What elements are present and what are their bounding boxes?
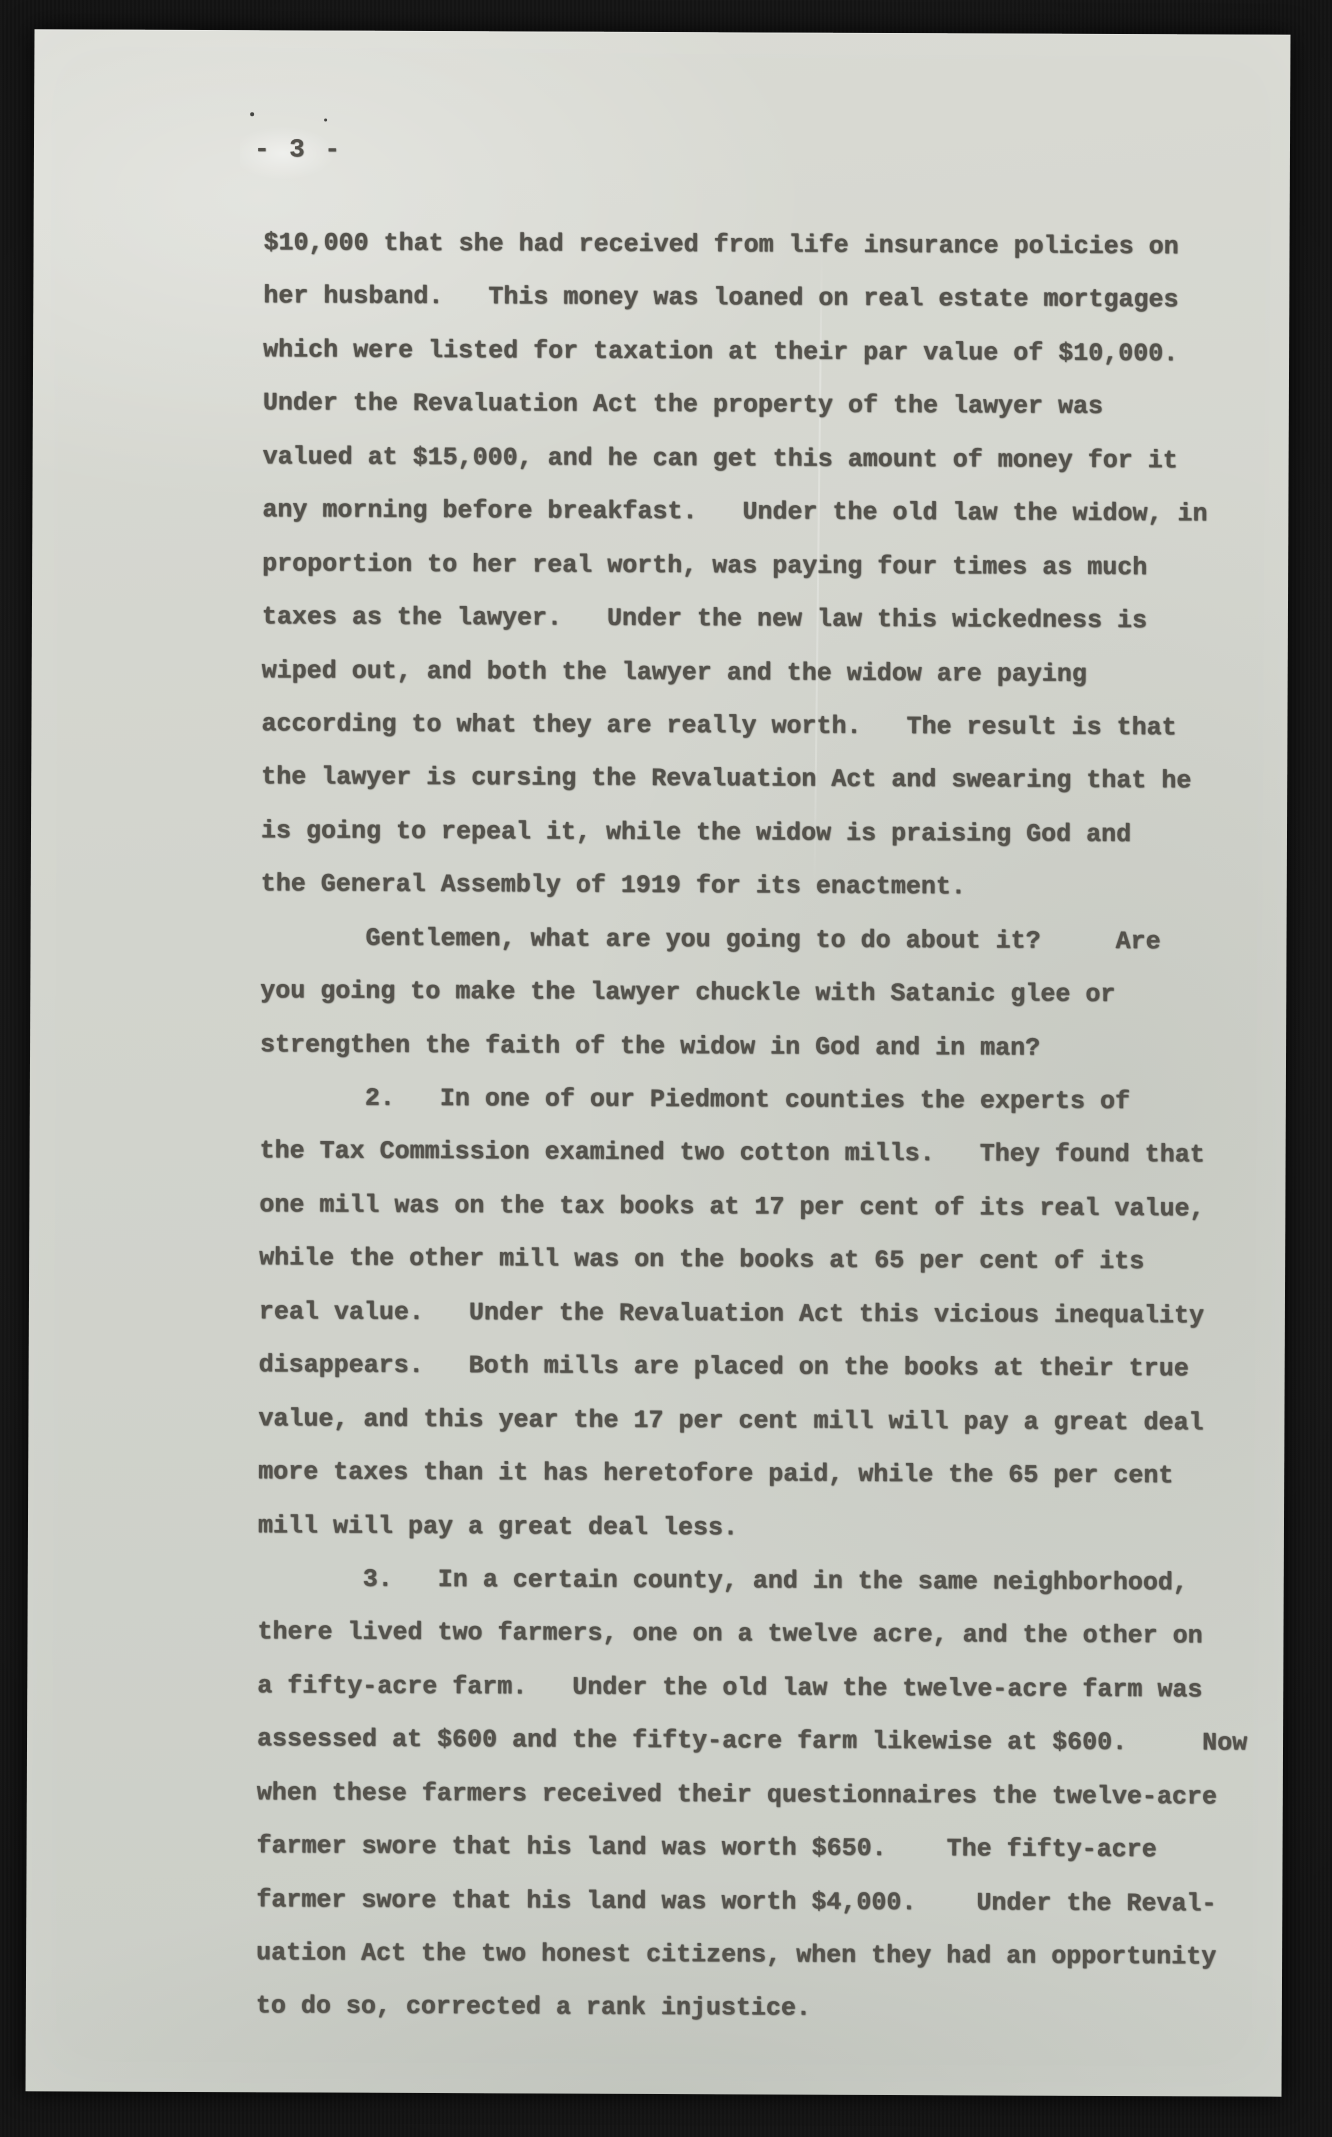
typed-line: while the other mill was on the books at…: [259, 1232, 1269, 1290]
typed-line: $10,000 that she had received from life …: [263, 216, 1273, 274]
paragraph-1: $10,000 that she had received from life …: [261, 216, 1274, 915]
typed-line: a fifty-acre farm. Under the old law the…: [257, 1659, 1267, 1717]
typed-line: mill will pay a great deal less.: [258, 1499, 1268, 1557]
paragraph-2: Gentlemen, what are you going to do abou…: [260, 911, 1271, 1076]
typed-line: Under the Revaluation Act the property o…: [263, 377, 1273, 435]
typed-line: taxes as the lawyer. Under the new law t…: [262, 590, 1272, 648]
typed-line: value, and this year the 17 per cent mil…: [258, 1392, 1268, 1450]
typed-line: real value. Under the Revaluation Act th…: [259, 1285, 1269, 1343]
typed-line: you going to make the lawyer chuckle wit…: [260, 964, 1270, 1022]
typed-line: which were listed for taxation at their …: [263, 323, 1273, 381]
ink-speck: [250, 112, 254, 116]
typed-line: 2. In one of our Piedmont counties the e…: [260, 1071, 1270, 1129]
ink-speck: [324, 119, 327, 122]
typed-line: the Tax Commission examined two cotton m…: [259, 1125, 1269, 1183]
typed-line: any morning before breakfast. Under the …: [262, 483, 1272, 541]
document-page: - 3 - $10,000 that she had received from…: [26, 29, 1291, 2096]
typed-line: the General Assembly of 1919 for its ena…: [261, 858, 1271, 916]
typed-line: valued at $15,000, and he can get this a…: [263, 430, 1273, 488]
typed-line: farmer swore that his land was worth $65…: [256, 1819, 1266, 1877]
typed-line: disappears. Both mills are placed on the…: [259, 1338, 1269, 1396]
typed-line: the lawyer is cursing the Revaluation Ac…: [261, 751, 1271, 809]
typed-line: uation Act the two honest citizens, when…: [256, 1926, 1266, 1984]
typed-line: when these farmers received their questi…: [257, 1766, 1267, 1824]
typed-line: there lived two farmers, one on a twelve…: [257, 1606, 1267, 1664]
typed-line: proportion to her real worth, was paying…: [262, 537, 1272, 595]
typed-line: to do so, corrected a rank injustice.: [256, 1980, 1266, 2038]
typed-line: strengthen the faith of the widow in God…: [260, 1018, 1270, 1076]
paragraph-4: 3. In a certain county, and in the same …: [256, 1552, 1268, 2037]
typed-line: wiped out, and both the lawyer and the w…: [262, 644, 1272, 702]
typed-line: assessed at $600 and the fifty-acre farm…: [257, 1713, 1267, 1771]
typed-line: 3. In a certain county, and in the same …: [258, 1552, 1268, 1610]
typed-line: farmer swore that his land was worth $4,…: [256, 1873, 1266, 1931]
typed-line: according to what they are really worth.…: [261, 697, 1271, 755]
typed-text: $10,000 that she had received from life …: [256, 216, 1274, 2037]
paragraph-3: 2. In one of our Piedmont counties the e…: [258, 1071, 1270, 1556]
typed-line: is going to repeal it, while the widow i…: [261, 804, 1271, 862]
typed-line: one mill was on the tax books at 17 per …: [259, 1178, 1269, 1236]
typed-line: her husband. This money was loaned on re…: [263, 270, 1273, 328]
typed-line: Gentlemen, what are you going to do abou…: [260, 911, 1270, 969]
page-number: - 3 -: [254, 134, 342, 164]
typed-line: more taxes than it has heretofore paid, …: [258, 1445, 1268, 1503]
